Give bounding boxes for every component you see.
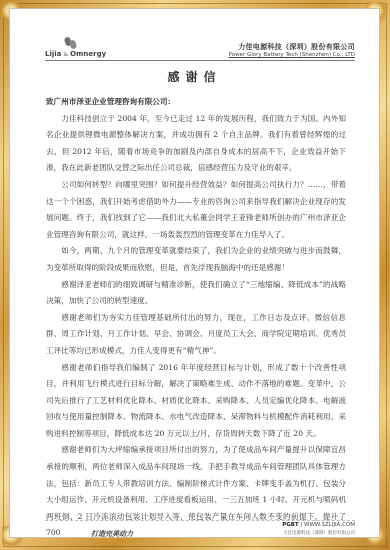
- paragraph: 如今，两期、九个月的管理变革就要结束了，我们为企业的业绩突破与进步而鼓舞，为变革…: [46, 243, 346, 276]
- footer-company-cn: 力佳电源科技（深圳）股份有限公司: [282, 530, 355, 536]
- footer-slogan: 打造完美动力: [91, 529, 133, 538]
- paragraph: 感谢老师们为夯实力佳管理基础所付出的努力，现在，工作日志及点评、微信信息群、周工…: [46, 310, 346, 360]
- footer-info: PGBT | WWW.SZLIJIA.COM 力佳电源科技（深圳）股份有限公司: [282, 522, 355, 536]
- letter-paper: Lijia & Omnergy 力佳电源科技（深圳）股份有限公司 Power G…: [9, 8, 380, 538]
- paragraph: 力佳科技创立于 2004 年，至今已走过 12 年的发展历程，我们致力于为国、内…: [46, 111, 346, 177]
- footer-brand-website: PGBT | WWW.SZLIJIA.COM: [282, 522, 355, 528]
- footer-divider: [45, 520, 355, 521]
- letter-title: 感谢信: [9, 68, 380, 85]
- footer-brand: PGBT: [282, 522, 299, 528]
- footer-website: WWW.SZLIJIA.COM: [304, 522, 355, 528]
- company-logo: Lijia & Omnergy: [45, 37, 106, 58]
- paragraph: 公司如何转型？向哪里突围？如何提升经营效益？如何提高公司执行力？……，带着这一个…: [46, 177, 346, 243]
- logo-text-right: Omnergy: [70, 50, 106, 58]
- logo-text-amp: &: [64, 52, 68, 58]
- logo-mark-icon: [65, 37, 77, 49]
- logo-text-left: Lijia: [45, 50, 61, 58]
- letterhead: Lijia & Omnergy 力佳电源科技（深圳）股份有限公司 Power G…: [45, 30, 355, 61]
- logo-text: Lijia & Omnergy: [45, 50, 106, 58]
- company-name-block: 力佳电源科技（深圳）股份有限公司 Power Glory Battery Tec…: [229, 42, 355, 58]
- gold-ornate-frame: Lijia & Omnergy 力佳电源科技（深圳）股份有限公司 Power G…: [0, 0, 390, 550]
- paragraph: 感谢泽亚老师们的细致调研与精准诊断，使我们确立了“三地缩编、降低成本”的战略决策…: [46, 277, 346, 310]
- letter-body: 致广州市泽亚企业管理咨询有限公司： 力佳科技创立于 2004 年，至今已走过 1…: [46, 94, 346, 538]
- company-name-en: Power Glory Battery Tech (Shenzhen) Co.,…: [229, 52, 355, 58]
- salutation: 致广州市泽亚企业管理咨询有限公司：: [46, 94, 346, 111]
- company-name-cn: 力佳电源科技（深圳）股份有限公司: [229, 42, 355, 52]
- paragraph: 感谢老师们指导我们编制了 2016 年年度经营目标与计划，形成了数十个改善性项目…: [46, 360, 346, 443]
